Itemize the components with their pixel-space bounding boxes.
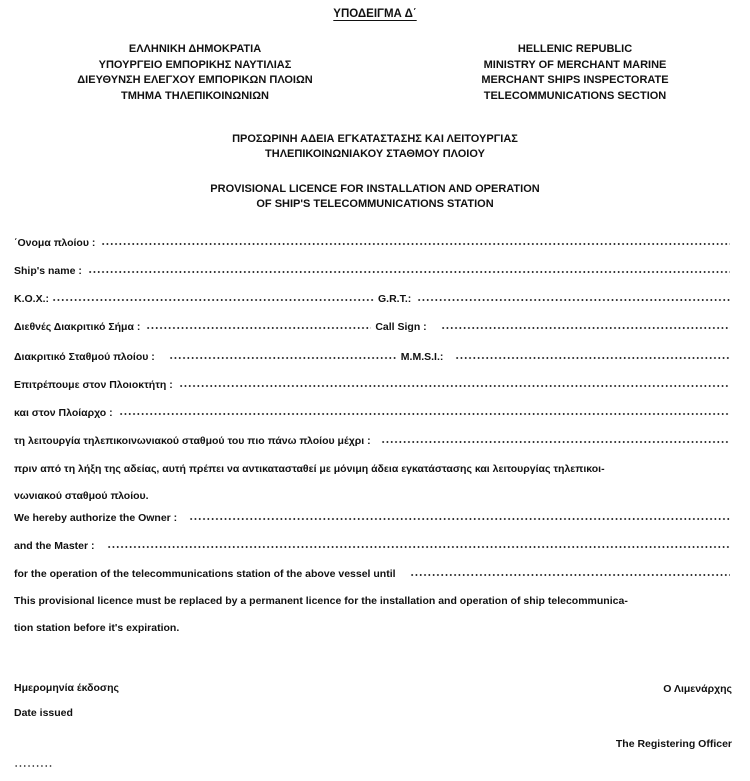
header-greek-line: ΕΛΛΗΝΙΚΗ ΔΗΜΟΚΡΑΤΙΑ [40,42,350,58]
field-label: Διεθνές Διακριτικό Σήμα : [14,321,140,333]
field-label: Ship's name : [14,265,82,277]
header-greek: ΕΛΛΗΝΙΚΗ ΔΗΜΟΚΡΑΤΙΑ ΥΠΟΥΡΓΕΙΟ ΕΜΠΟΡΙΚΗΣ … [40,42,350,104]
title-english: PROVISIONAL LICENCE FOR INSTALLATION AND… [0,182,750,212]
header-english-line: HELLENIC REPUBLIC [410,42,740,58]
station-id-input[interactable] [169,350,397,360]
kox-input[interactable] [52,292,374,302]
header-english-line: MINISTRY OF MERCHANT MARINE [410,58,740,74]
field-call-sign: Διεθνές Διακριτικό Σήμα : Call Sign : [14,320,734,336]
mmsi-input[interactable] [455,350,730,360]
call-sign-input[interactable] [441,320,730,330]
until-gr-input[interactable] [381,434,730,444]
field-label: G.R.T.: [378,293,411,305]
field-label: and the Master : [14,540,95,552]
until-en-input[interactable] [410,567,730,577]
ship-name-en-input[interactable] [88,264,730,274]
officer-en-label: The Registering Officer [616,738,732,750]
form-code: ΥΠΟΔΕΙΓΜΑ Δ΄ [0,8,750,20]
header-greek-line: ΥΠΟΥΡΓΕΙΟ ΕΜΠΟΡΙΚΗΣ ΝΑΥΤΙΛΙΑΣ [40,58,350,74]
header-greek-line: ΤΜΗΜΑ ΤΗΛΕΠΙΚΟΙΝΩΝΙΩΝ [40,89,350,105]
owner-en-input[interactable] [189,511,730,521]
field-ship-name-gr: ΄Ονομα πλοίου : [14,236,734,252]
field-label: Διακριτικό Σταθμού πλοίου : [14,351,155,363]
ship-name-gr-input[interactable] [101,236,730,246]
grt-input[interactable] [417,292,730,302]
field-master-en: and the Master : [14,539,734,555]
header-english-line: MERCHANT SHIPS INSPECTORATE [410,73,740,89]
officer-gr-label: Ο Λιμενάρχης [663,683,732,695]
header-english: HELLENIC REPUBLIC MINISTRY OF MERCHANT M… [410,42,740,104]
field-label: και στον Πλοίαρχο : [14,407,113,419]
date-issued-gr-label: Ημερομηνία έκδοσης [14,682,119,694]
field-label: τη λειτουργία τηλεπικοινωνιακού σταθμού … [14,435,371,447]
title-english-line: PROVISIONAL LICENCE FOR INSTALLATION AND… [0,182,750,197]
owner-gr-input[interactable] [179,378,730,388]
date-issued-en-label: Date issued [14,707,73,719]
title-greek: ΠΡΟΣΩΡΙΝΗ ΑΔΕΙΑ ΕΓΚΑΤΑΣΤΑΣΗΣ ΚΑΙ ΛΕΙΤΟΥΡ… [0,132,750,162]
form-code-text: ΥΠΟΔΕΙΓΜΑ Δ΄ [333,8,416,20]
field-kox-grt: Κ.Ο.Χ.: G.R.T.: [14,292,734,308]
header-greek-line: ΔΙΕΥΘΥΝΣΗ ΕΛΕΓΧΟΥ ΕΜΠΟΡΙΚΩΝ ΠΛΟΙΩΝ [40,73,350,89]
master-en-input[interactable] [107,539,730,549]
field-until-gr: τη λειτουργία τηλεπικοινωνιακού σταθμού … [14,434,734,450]
field-master-gr: και στον Πλοίαρχο : [14,406,734,422]
master-gr-input[interactable] [119,406,730,416]
field-label: M.M.S.I.: [401,351,444,363]
field-label: We hereby authorize the Owner : [14,512,177,524]
note-greek-line1: πριν από τη λήξη της αδείας, αυτή πρέπει… [14,463,736,475]
field-until-en: for the operation of the telecommunicati… [14,567,734,583]
title-greek-line: ΠΡΟΣΩΡΙΝΗ ΑΔΕΙΑ ΕΓΚΑΤΑΣΤΑΣΗΣ ΚΑΙ ΛΕΙΤΟΥΡ… [0,132,750,147]
field-label: ΄Ονομα πλοίου : [14,237,95,249]
field-label: Call Sign : [375,321,426,333]
field-label: for the operation of the telecommunicati… [14,568,396,580]
field-label: Κ.Ο.Χ.: [14,293,49,305]
date-issued-input[interactable] [14,764,54,770]
title-greek-line: ΤΗΛΕΠΙΚΟΙΝΩΝΙΑΚΟΥ ΣΤΑΘΜΟΥ ΠΛΟΙΟΥ [0,147,750,162]
field-owner-gr: Επιτρέπουμε στον Πλοιοκτήτη : [14,378,734,394]
title-english-line: OF SHIP'S TELECOMMUNICATIONS STATION [0,197,750,212]
note-greek-line2: νωνιακού σταθμού πλοίου. [14,490,736,502]
field-label: Επιτρέπουμε στον Πλοιοκτήτη : [14,379,173,391]
field-station-mmsi: Διακριτικό Σταθμού πλοίου : M.M.S.I.: [14,350,734,366]
field-ship-name-en: Ship's name : [14,264,734,280]
intl-call-sign-input[interactable] [146,320,371,330]
field-owner-en: We hereby authorize the Owner : [14,511,734,527]
header-english-line: TELECOMMUNICATIONS SECTION [410,89,740,105]
note-english-line2: tion station before it's expiration. [14,622,736,634]
note-english-line1: This provisional licence must be replace… [14,595,736,607]
